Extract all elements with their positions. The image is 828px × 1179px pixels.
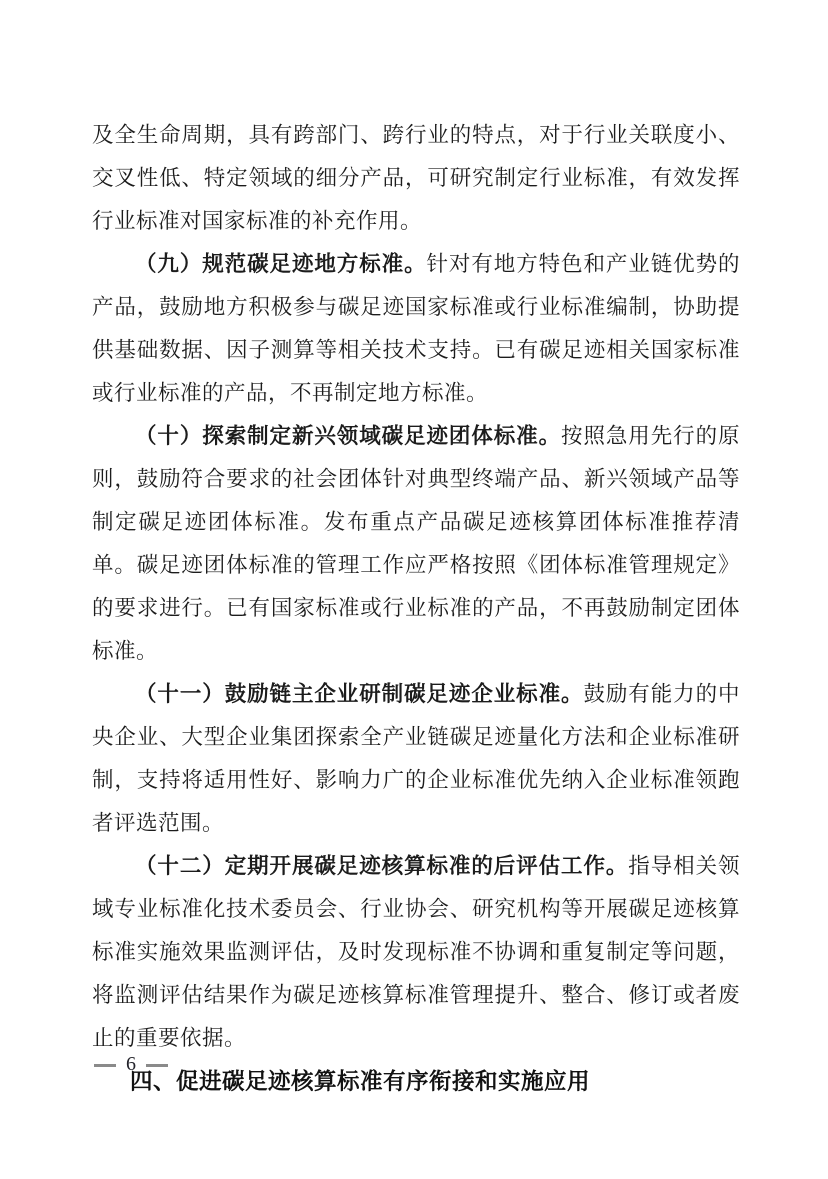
paragraph-lead: （十二）定期开展碳足迹核算标准的后评估工作。 <box>135 854 628 878</box>
paragraph: （十一）鼓励链主企业研制碳足迹企业标准。鼓励有能力的中央企业、大型企业集团探索全… <box>92 673 740 845</box>
paragraph: （十）探索制定新兴领域碳足迹团体标准。按照急用先行的原则，鼓励符合要求的社会团体… <box>92 415 740 673</box>
footer-dash-right <box>146 1064 168 1067</box>
document-page: 及全生命周期，具有跨部门、跨行业的特点，对于行业关联度小、交叉性低、特定领域的细… <box>0 0 828 1179</box>
paragraph-text: 按照急用先行的原则，鼓励符合要求的社会团体针对典型终端产品、新兴领域产品等制定碳… <box>92 424 740 663</box>
page-number: 6 <box>126 1054 136 1074</box>
paragraph: （十二）定期开展碳足迹核算标准的后评估工作。指导相关领域专业标准化技术委员会、行… <box>92 845 740 1060</box>
paragraph-lead: （十）探索制定新兴领域碳足迹团体标准。 <box>135 424 561 448</box>
paragraph-text: 指导相关领域专业标准化技术委员会、行业协会、研究机构等开展碳足迹核算标准实施效果… <box>92 854 740 1050</box>
paragraph-lead: （十一）鼓励链主企业研制碳足迹企业标准。 <box>135 682 583 706</box>
page-footer: 6 <box>94 1052 168 1078</box>
section-heading: 四、促进碳足迹核算标准有序衔接和实施应用 <box>92 1060 740 1103</box>
paragraph-text: 及全生命周期，具有跨部门、跨行业的特点，对于行业关联度小、交叉性低、特定领域的细… <box>92 123 740 233</box>
paragraph: （九）规范碳足迹地方标准。针对有地方特色和产业链优势的产品，鼓励地方积极参与碳足… <box>92 243 740 415</box>
page-body: 及全生命周期，具有跨部门、跨行业的特点，对于行业关联度小、交叉性低、特定领域的细… <box>92 114 740 1103</box>
paragraph: 及全生命周期，具有跨部门、跨行业的特点，对于行业关联度小、交叉性低、特定领域的细… <box>92 114 740 243</box>
footer-dash-left <box>94 1064 116 1067</box>
paragraph-lead: （九）规范碳足迹地方标准。 <box>135 252 427 276</box>
